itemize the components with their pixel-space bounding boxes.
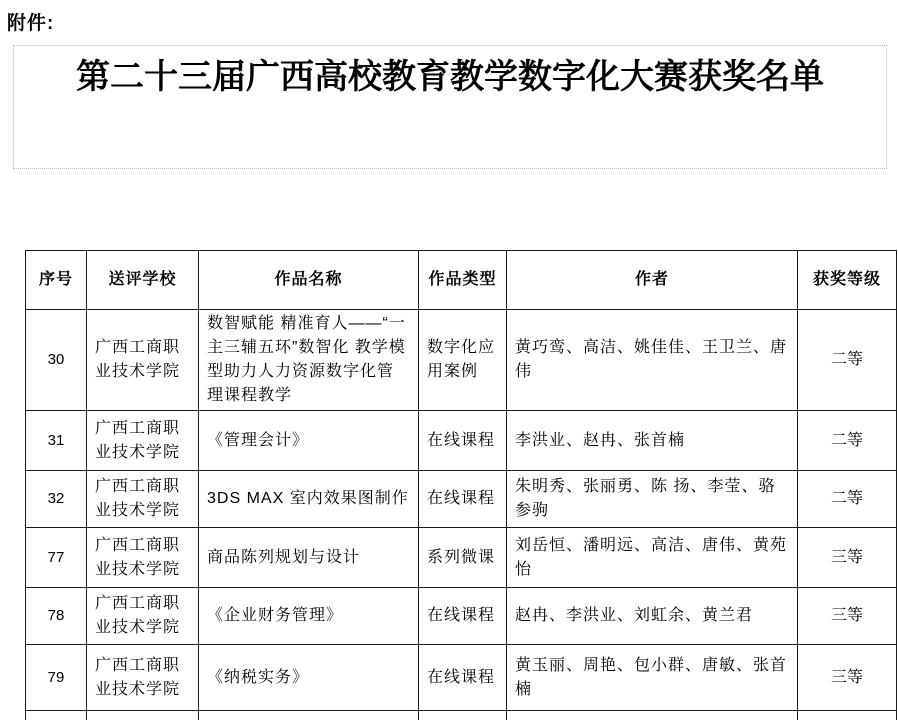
table-row: 79 广西工商职业技术学院 《纳税实务》 在线课程 黄玉丽、周艳、包小群、唐敏、… xyxy=(26,645,897,711)
header-cell-authors: 作者 xyxy=(507,251,798,310)
cell-award-level: 二等 xyxy=(798,310,897,411)
cell-work-type: 数字化应用案例 xyxy=(419,310,507,411)
cell-award-level: 二等 xyxy=(798,471,897,528)
cell-work-title: 3DS MAX 室内效果图制作 xyxy=(199,471,419,528)
cell-serial: 78 xyxy=(26,588,87,645)
cell-authors: 赵冉、李洪业、刘虹余、黄兰君 xyxy=(507,588,798,645)
cell-serial: 32 xyxy=(26,471,87,528)
cell-award-level: 二等 xyxy=(798,411,897,471)
table-row: 32 广西工商职业技术学院 3DS MAX 室内效果图制作 在线课程 朱明秀、张… xyxy=(26,471,897,528)
cell-school: 广西工商职业技术学院 xyxy=(87,588,199,645)
table-row: 30 广西工商职业技术学院 数智赋能 精准育人——“一主三辅五环”数智化 教学模… xyxy=(26,310,897,411)
cell-work-title: 《管理会计》 xyxy=(199,411,419,471)
table-row: 78 广西工商职业技术学院 《企业财务管理》 在线课程 赵冉、李洪业、刘虹余、黄… xyxy=(26,588,897,645)
cell-school: 广西工商职业技术学院 xyxy=(87,528,199,588)
cell-school: 广西工商职业技术学院 xyxy=(87,471,199,528)
cell-work-type xyxy=(419,711,507,720)
cell-work-type: 在线课程 xyxy=(419,645,507,711)
header-cell-award-level: 获奖等级 xyxy=(798,251,897,310)
cell-work-title: 《企业财务管理》 xyxy=(199,588,419,645)
cell-serial: 31 xyxy=(26,411,87,471)
competition-title: 第二十三届广西高校教育教学数字化大赛获奖名单 xyxy=(27,58,873,98)
table-row-partial xyxy=(26,711,897,720)
cell-authors: 刘岳恒、潘明远、高洁、唐伟、黄苑怡 xyxy=(507,528,798,588)
cell-work-title: 商品陈列规划与设计 xyxy=(199,528,419,588)
header-cell-work-title: 作品名称 xyxy=(199,251,419,310)
attachment-label: 附件: xyxy=(7,8,54,35)
cell-authors xyxy=(507,711,798,720)
cell-work-type: 系列微课 xyxy=(419,528,507,588)
cell-school: 广西工商职业技术学院 xyxy=(87,310,199,411)
cell-authors: 黄玉丽、周艳、包小群、唐敏、张首楠 xyxy=(507,645,798,711)
awards-table: 序号 送评学校 作品名称 作品类型 作者 获奖等级 30 广西工商职业技术学院 … xyxy=(25,250,897,720)
table-row: 77 广西工商职业技术学院 商品陈列规划与设计 系列微课 刘岳恒、潘明远、高洁、… xyxy=(26,528,897,588)
cell-school: 广西工商职业技术学院 xyxy=(87,411,199,471)
cell-school xyxy=(87,711,199,720)
cell-work-type: 在线课程 xyxy=(419,471,507,528)
cell-award-level xyxy=(798,711,897,720)
table-header-row: 序号 送评学校 作品名称 作品类型 作者 获奖等级 xyxy=(26,251,897,310)
cell-work-type: 在线课程 xyxy=(419,588,507,645)
cell-serial xyxy=(26,711,87,720)
header-cell-work-type: 作品类型 xyxy=(419,251,507,310)
cell-work-title: 数智赋能 精准育人——“一主三辅五环”数智化 教学模型助力人力资源数字化管理课程… xyxy=(199,310,419,411)
cell-authors: 朱明秀、张丽勇、陈 扬、李莹、骆参驹 xyxy=(507,471,798,528)
cell-work-title xyxy=(199,711,419,720)
cell-award-level: 三等 xyxy=(798,588,897,645)
cell-award-level: 三等 xyxy=(798,528,897,588)
cell-serial: 30 xyxy=(26,310,87,411)
cell-serial: 77 xyxy=(26,528,87,588)
cell-serial: 79 xyxy=(26,645,87,711)
header-cell-serial: 序号 xyxy=(26,251,87,310)
cell-work-title: 《纳税实务》 xyxy=(199,645,419,711)
cell-award-level: 三等 xyxy=(798,645,897,711)
cell-work-type: 在线课程 xyxy=(419,411,507,471)
cell-school: 广西工商职业技术学院 xyxy=(87,645,199,711)
header-cell-school: 送评学校 xyxy=(87,251,199,310)
table-row: 31 广西工商职业技术学院 《管理会计》 在线课程 李洪业、赵冉、张首楠 二等 xyxy=(26,411,897,471)
cell-authors: 李洪业、赵冉、张首楠 xyxy=(507,411,798,471)
cell-authors: 黄巧鸾、高洁、姚佳佳、王卫兰、唐伟 xyxy=(507,310,798,411)
title-box: 第二十三届广西高校教育教学数字化大赛获奖名单 xyxy=(13,45,887,169)
